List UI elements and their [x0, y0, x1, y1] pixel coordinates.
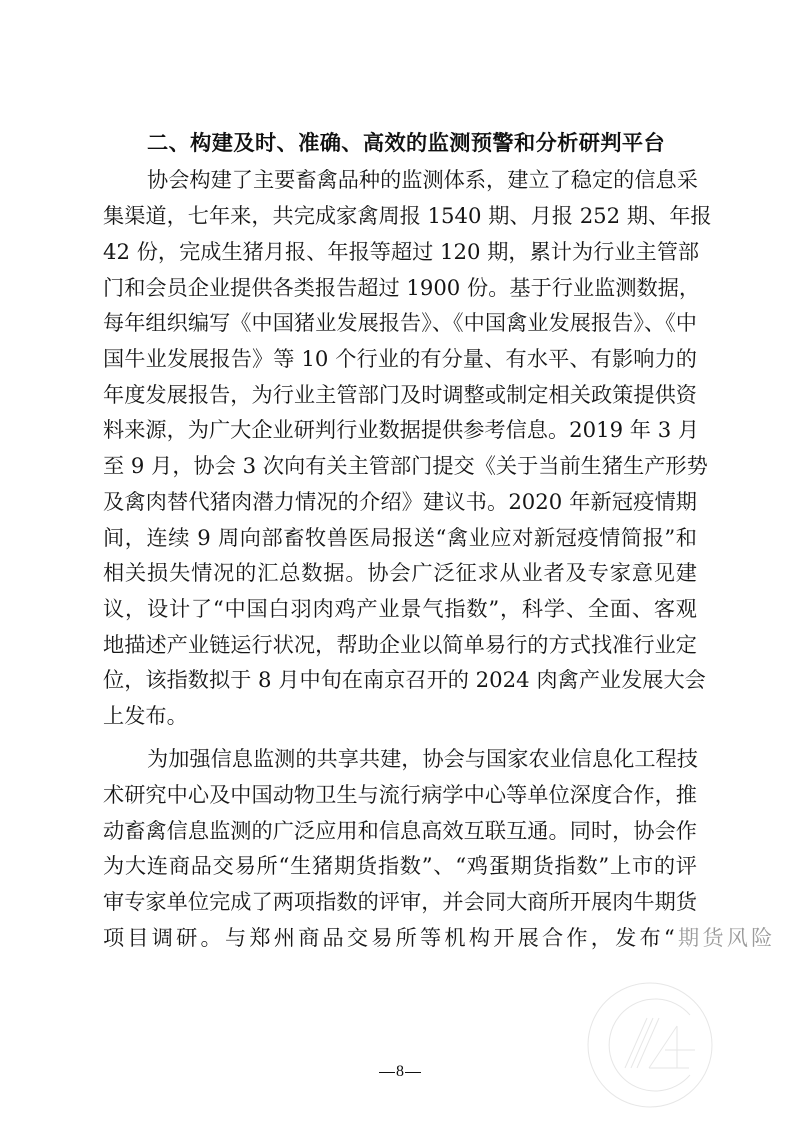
- page-number-value: 8: [396, 1063, 404, 1080]
- circular-logo-watermark-icon: [585, 980, 715, 1110]
- paragraph-line: 年度发展报告，为行业主管部门及时调整或制定相关政策提供资: [103, 377, 697, 413]
- paragraph-line: 及禽肉替代猪肉潜力情况的介绍》建议书。2020 年新冠疫情期: [103, 484, 697, 520]
- paragraph-line: 42 份，完成生猪月报、年报等超过 120 期，累计为行业主管部: [103, 234, 697, 270]
- dash-left: [379, 1072, 395, 1074]
- paragraph-line: 门和会员企业提供各类报告超过 1900 份。基于行业监测数据，: [103, 270, 697, 306]
- paragraph-line: 动畜禽信息监测的广泛应用和信息高效互联互通。同时，协会作: [103, 813, 697, 849]
- page-number: 8: [0, 1061, 800, 1083]
- paragraph-line: 为加强信息监测的共享共建，协会与国家农业信息化工程技: [147, 741, 697, 777]
- paragraph-line: 间，连续 9 周向部畜牧兽医局报送“禽业应对新冠疫情简报”和: [103, 520, 697, 556]
- paragraph-line: 审专家单位完成了两项指数的评审，并会同大商所开展肉牛期货: [103, 884, 697, 920]
- paragraph-line: 项目调研。与郑州商品交易所等机构开展合作，发布“期货风险: [103, 920, 697, 956]
- paragraph-line: 位，该指数拟于 8 月中旬在南京召开的 2024 肉禽产业发展大会: [103, 662, 697, 698]
- paragraph-line: 地描述产业链运行状况，帮助企业以简单易行的方式找准行业定: [103, 627, 697, 663]
- paragraph-line: 料来源，为广大企业研判行业数据提供参考信息。2019 年 3 月: [103, 412, 697, 448]
- paragraph-line: 上发布。: [103, 698, 697, 734]
- paragraph-line: 协会构建了主要畜禽品种的监测体系，建立了稳定的信息采: [147, 162, 697, 198]
- paragraph-line: 集渠道，七年来，共完成家禽周报 1540 期、月报 252 期、年报: [103, 198, 697, 234]
- document-page: 二、构建及时、准确、高效的监测预警和分析研判平台 协会构建了主要畜禽品种的监测体…: [0, 0, 800, 1131]
- dash-right: [405, 1072, 421, 1074]
- paragraph-line: 为大连商品交易所“生猪期货指数”、“鸡蛋期货指数”上市的评: [103, 848, 697, 884]
- paragraph-line: 至 9 月，协会 3 次向有关主管部门提交《关于当前生猪生产形势: [103, 448, 697, 484]
- paragraph-line: 相关损失情况的汇总数据。协会广泛征求从业者及专家意见建: [103, 555, 697, 591]
- paragraph-line-text: 项目调研。与郑州商品交易所等机构开展合作，发布“: [103, 925, 678, 950]
- paragraph-line: 每年组织编写《中国猪业发展报告》、《中国禽业发展报告》、《中: [103, 305, 697, 341]
- section-heading: 二、构建及时、准确、高效的监测预警和分析研判平台: [147, 128, 707, 158]
- paragraph-line: 国牛业发展报告》等 10 个行业的有分量、有水平、有影响力的: [103, 341, 697, 377]
- paragraph-line: 议，设计了“中国白羽肉鸡产业景气指数”，科学、全面、客观: [103, 591, 697, 627]
- paragraph-line: 术研究中心及中国动物卫生与流行病学中心等单位深度合作，推: [103, 777, 697, 813]
- faded-text: 期货风险: [678, 925, 776, 950]
